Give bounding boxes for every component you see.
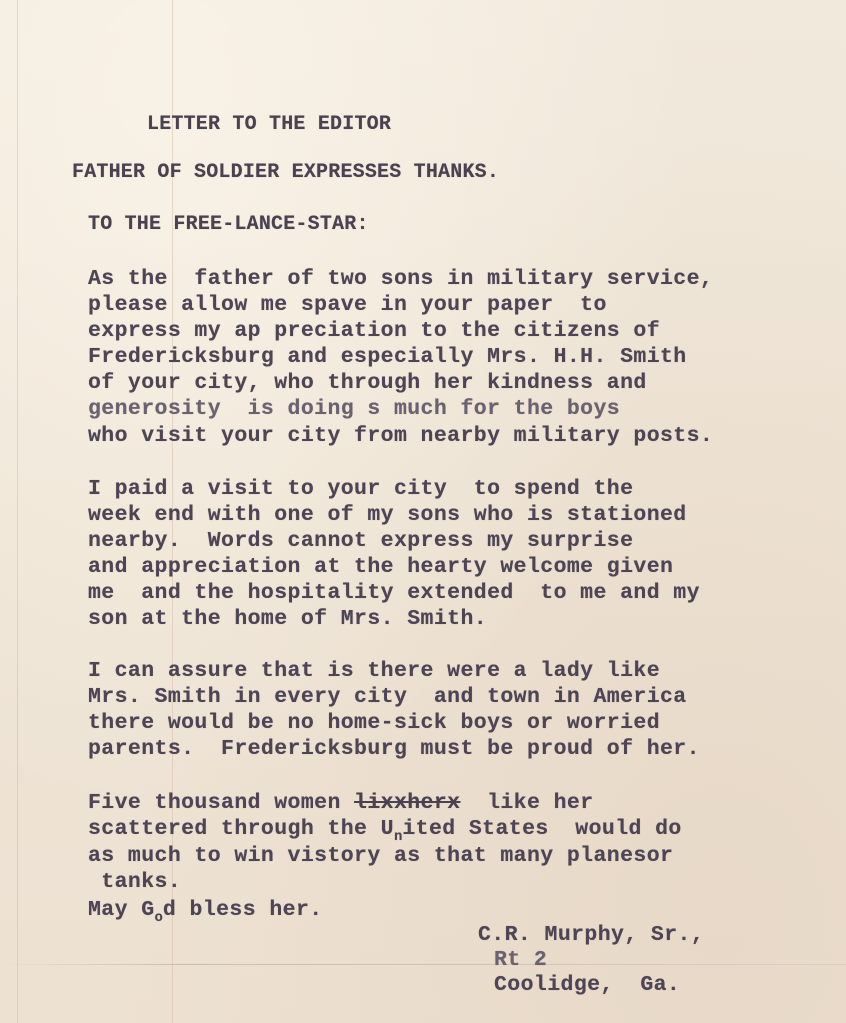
text-segment: ited States would do (402, 817, 681, 841)
paragraph-line: Fredericksburg and especially Mrs. H.H. … (88, 344, 687, 370)
text-segment: May G (88, 898, 155, 922)
paper-fold-line (17, 0, 18, 1023)
paragraph-line: who visit your city from nearby military… (88, 423, 713, 449)
paragraph-line: tanks. (88, 869, 181, 895)
signature-route: Rt 2 (494, 947, 547, 973)
paragraph-line: nearby. Words cannot express my surprise (88, 528, 633, 554)
paragraph-line: son at the home of Mrs. Smith. (88, 606, 487, 632)
headline: FATHER OF SOLDIER EXPRESSES THANKS. (72, 160, 499, 186)
paragraph-line: expres​s my ap preciation to the citizen… (88, 318, 660, 344)
paragraph-line: As the father of two sons in military se… (88, 266, 713, 292)
paragraph-line: and appreciation at the hearty welcome g… (88, 554, 673, 580)
paragraph-line: please allow me spave in your paper to (88, 292, 607, 318)
paragraph-line: as much to win vistory as that many plan… (88, 843, 673, 869)
paragraph-line: week end with one of my sons who is stat… (88, 502, 687, 528)
text-segment: d bless her. (163, 898, 323, 922)
struck-out-typo: lixxherx (354, 791, 460, 815)
paragraph-line: I can assure that is there were a lady l… (88, 658, 660, 684)
paragraph-line: Mrs. Smith in every city and town in Ame… (88, 684, 687, 710)
text-segment: Five thousand women (88, 791, 354, 815)
document-title: LETTER TO THE EDITOR (147, 112, 391, 138)
paragraph-line: I paid a visit to your city to spend the (88, 476, 633, 502)
paragraph-line: Five thousand women lixxherx like her (88, 790, 594, 816)
text-segment: like her (460, 791, 593, 815)
paragraph-line: parents. Fredericksburg must be proud of… (88, 736, 700, 762)
closing-line: May God bless her. (88, 897, 323, 925)
paragraph-line: me and the hospitality extended to me an… (88, 580, 700, 606)
signature-name: C.R. Murphy, Sr., (478, 922, 704, 948)
signature-location: Coolidge, Ga. (494, 972, 680, 998)
paragraph-line: there would be no home-sick boys or worr… (88, 710, 660, 736)
typewritten-letter-page: LETTER TO THE EDITOR FATHER OF SOLDIER E… (0, 0, 846, 1023)
paragraph-line: generosity is doing s much for the boys (88, 396, 620, 422)
paragraph-line: scattered through the United States woul… (88, 816, 682, 844)
subscript-letter: o (155, 910, 163, 926)
paragraph-line: of your city, who through her kindness a… (88, 370, 647, 396)
salutation: TO THE FREE-LANCE-STAR: (88, 212, 369, 238)
paper-fold-line (0, 964, 846, 965)
text-segment: scattered through the U (88, 817, 394, 841)
